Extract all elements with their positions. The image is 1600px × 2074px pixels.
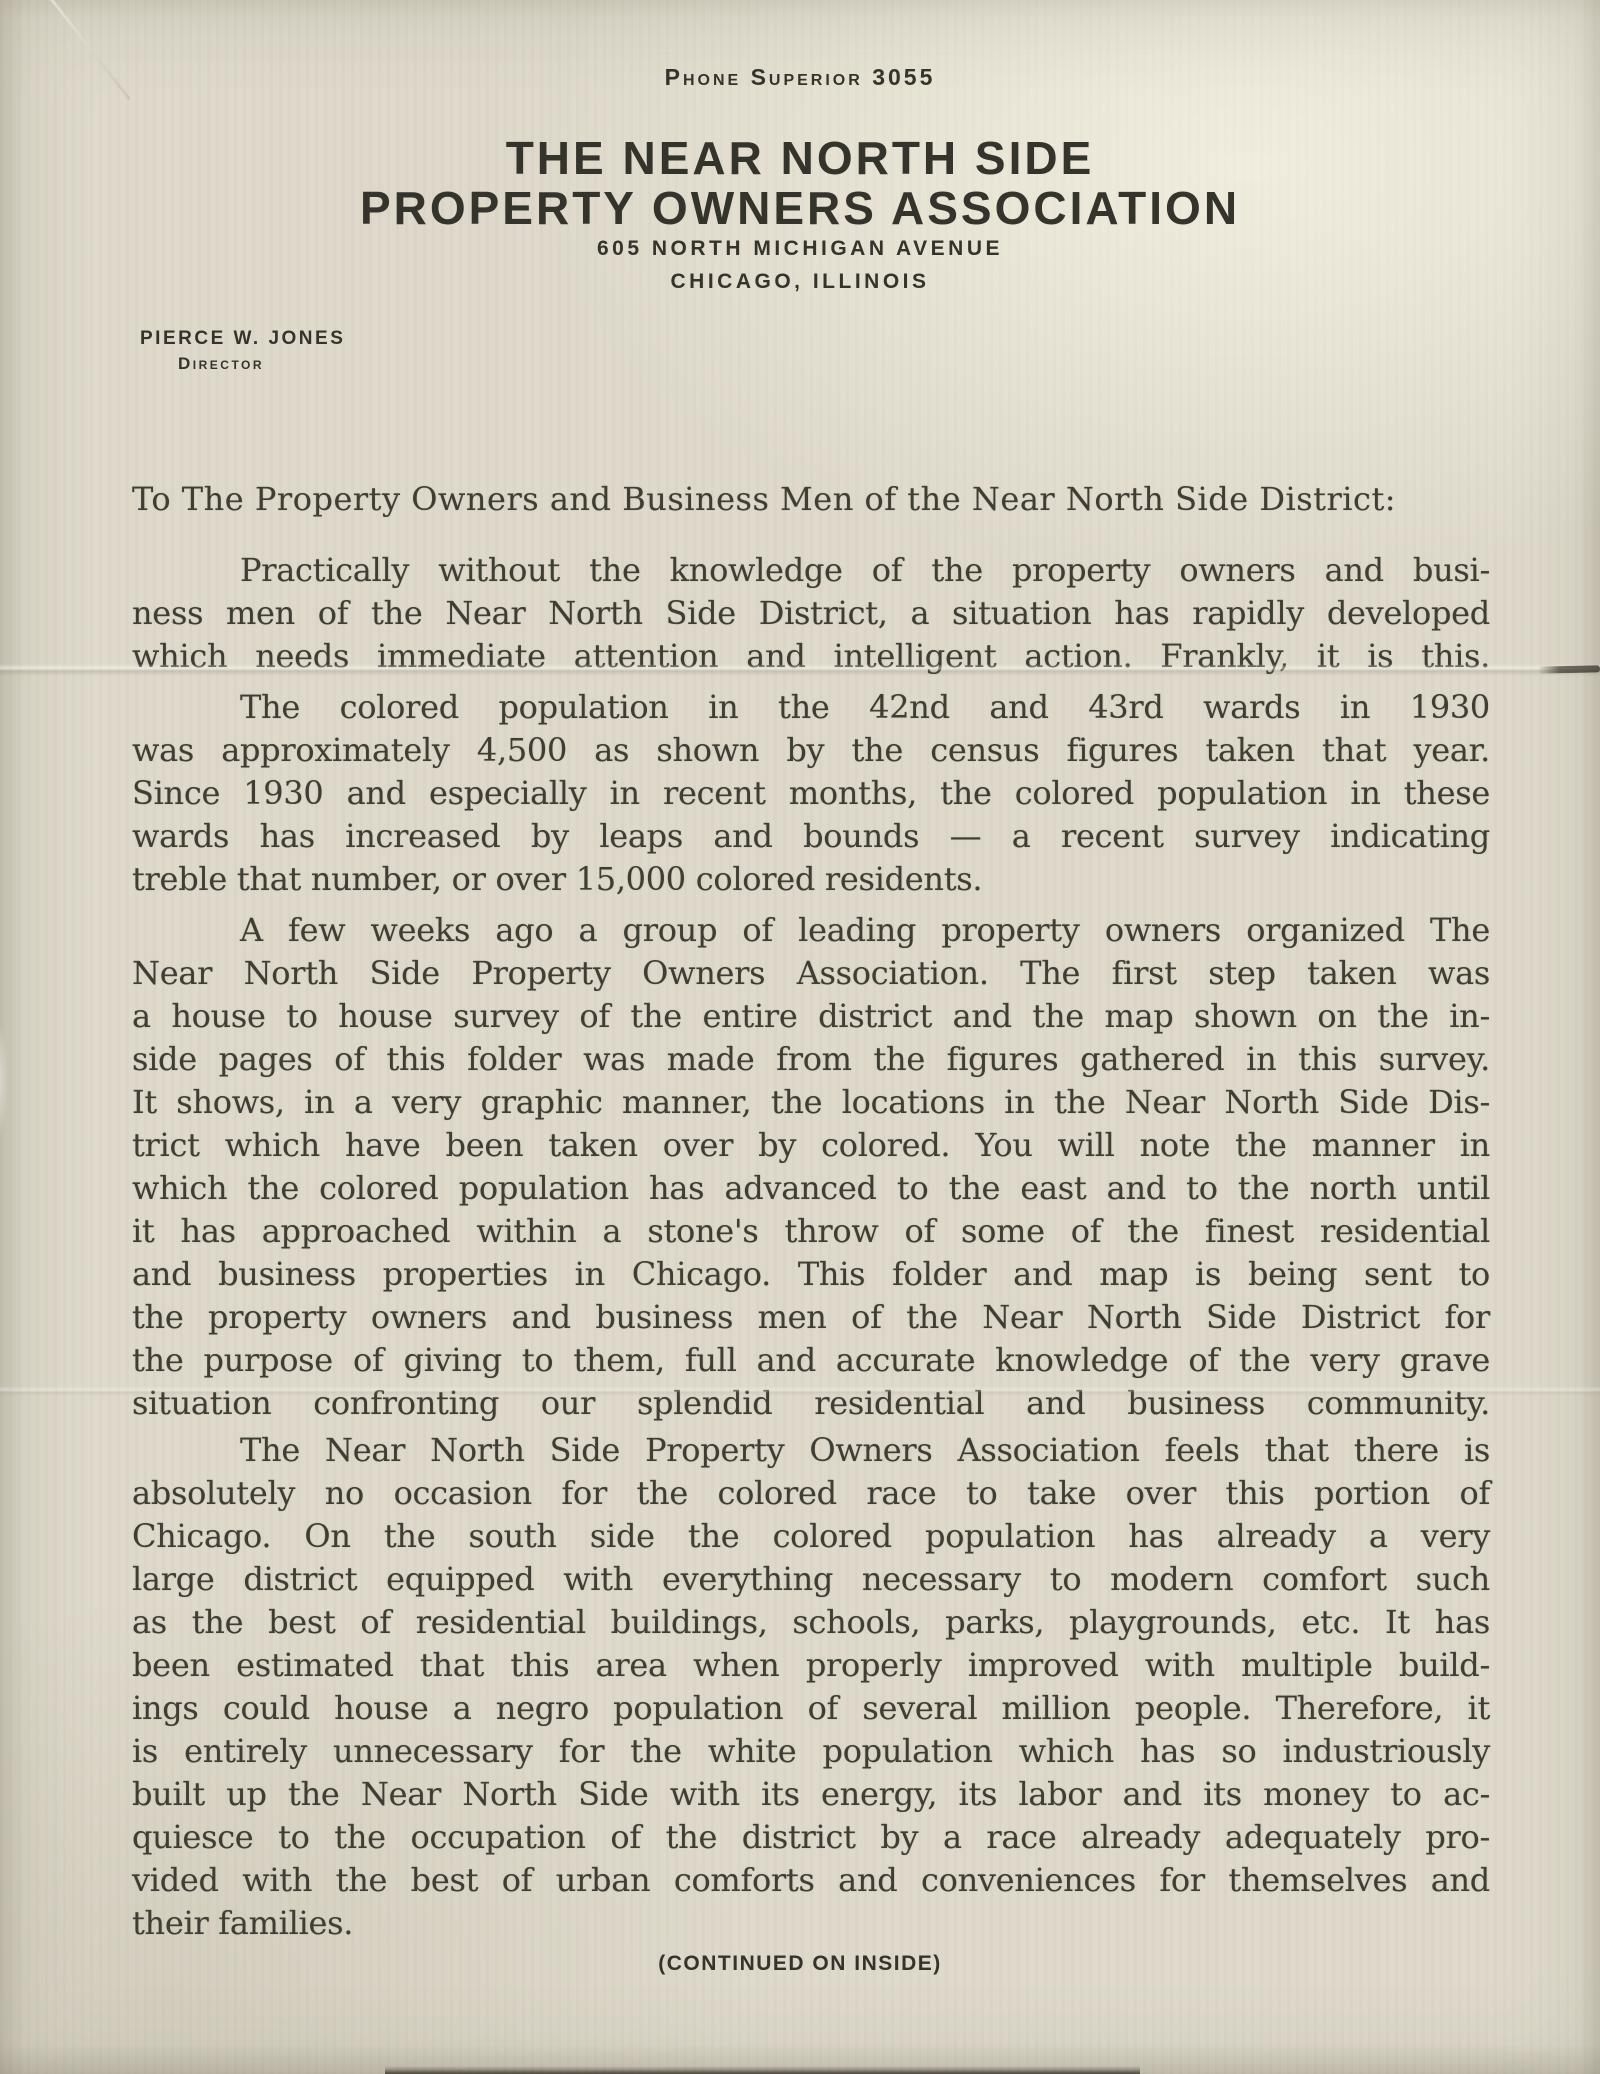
letter-line: the purpose of giving to them, full and … <box>132 1339 1490 1382</box>
salutation: To The Property Owners and Business Men … <box>132 480 1396 518</box>
letter-line: treble that number, or over 15,000 color… <box>132 858 1490 901</box>
letter-line: as the best of residential buildings, sc… <box>132 1601 1490 1644</box>
letter-line: ings could house a negro population of s… <box>132 1687 1490 1730</box>
letter-line: absolutely no occasion for the colored r… <box>132 1472 1490 1515</box>
letter-line: the property owners and business men of … <box>132 1296 1490 1339</box>
letter-line: It shows, in a very graphic manner, the … <box>132 1081 1490 1124</box>
org-name-line1: THE NEAR NORTH SIDE <box>0 131 1600 185</box>
officer-block: Pierce W. Jones Director <box>140 328 345 374</box>
letter-line: Since 1930 and especially in recent mont… <box>132 772 1490 815</box>
letter-line: their families. <box>132 1902 1490 1945</box>
paragraph-4: The Near North Side Property Owners Asso… <box>132 1429 1490 1945</box>
scanned-letter-page: Phone Superior 3055 THE NEAR NORTH SIDE … <box>0 0 1600 2074</box>
officer-name: Pierce W. Jones <box>140 328 345 350</box>
officer-title: Director <box>178 354 345 374</box>
letter-line: which the colored population has advance… <box>132 1167 1490 1210</box>
letterhead-city: CHICAGO, ILLINOIS <box>0 270 1600 294</box>
letter-line: Near North Side Property Owners Associat… <box>132 952 1490 995</box>
letter-line: it has approached within a stone's throw… <box>132 1210 1490 1253</box>
letter-line: A few weeks ago a group of leading prope… <box>132 909 1490 952</box>
paragraph-3: A few weeks ago a group of leading prope… <box>132 909 1490 1425</box>
edge-crease-left <box>0 1020 8 1140</box>
letter-line: large district equipped with everything … <box>132 1558 1490 1601</box>
letter-line: quiesce to the occupation of the distric… <box>132 1816 1490 1859</box>
letter-line: The colored population in the 42nd and 4… <box>132 686 1490 729</box>
letter-line: built up the Near North Side with its en… <box>132 1773 1490 1816</box>
paragraph-1: Practically without the knowledge of the… <box>132 549 1490 678</box>
letter-line: trict which have been taken over by colo… <box>132 1124 1490 1167</box>
letter-line: wards has increased by leaps and bounds … <box>132 815 1490 858</box>
paragraph-2: The colored population in the 42nd and 4… <box>132 686 1490 901</box>
letter-line: vided with the best of urban comforts an… <box>132 1859 1490 1902</box>
letter-line: Practically without the knowledge of the… <box>132 549 1490 592</box>
org-name-line2: PROPERTY OWNERS ASSOCIATION <box>0 181 1600 235</box>
letter-line: is entirely unnecessary for the white po… <box>132 1730 1490 1773</box>
fold-ink-mark <box>1538 665 1600 673</box>
letter-line: which needs immediate attention and inte… <box>132 635 1490 678</box>
letter-line: Chicago. On the south side the colored p… <box>132 1515 1490 1558</box>
letter-line: and business properties in Chicago. This… <box>132 1253 1490 1296</box>
letter-line: a house to house survey of the entire di… <box>132 995 1490 1038</box>
bottom-scan-shadow <box>385 2066 1140 2074</box>
letter-line: ness men of the Near North Side District… <box>132 592 1490 635</box>
letter-line: side pages of this folder was made from … <box>132 1038 1490 1081</box>
letterhead-address: 605 NORTH MICHIGAN AVENUE <box>0 237 1600 261</box>
letter-line: situation confronting our splendid resid… <box>132 1382 1490 1425</box>
letter-line: was approximately 4,500 as shown by the … <box>132 729 1490 772</box>
letterhead-phone: Phone Superior 3055 <box>0 64 1600 91</box>
letter-line: been estimated that this area when prope… <box>132 1644 1490 1687</box>
continued-note: (CONTINUED ON INSIDE) <box>0 1952 1600 1976</box>
letter-line: The Near North Side Property Owners Asso… <box>132 1429 1490 1472</box>
